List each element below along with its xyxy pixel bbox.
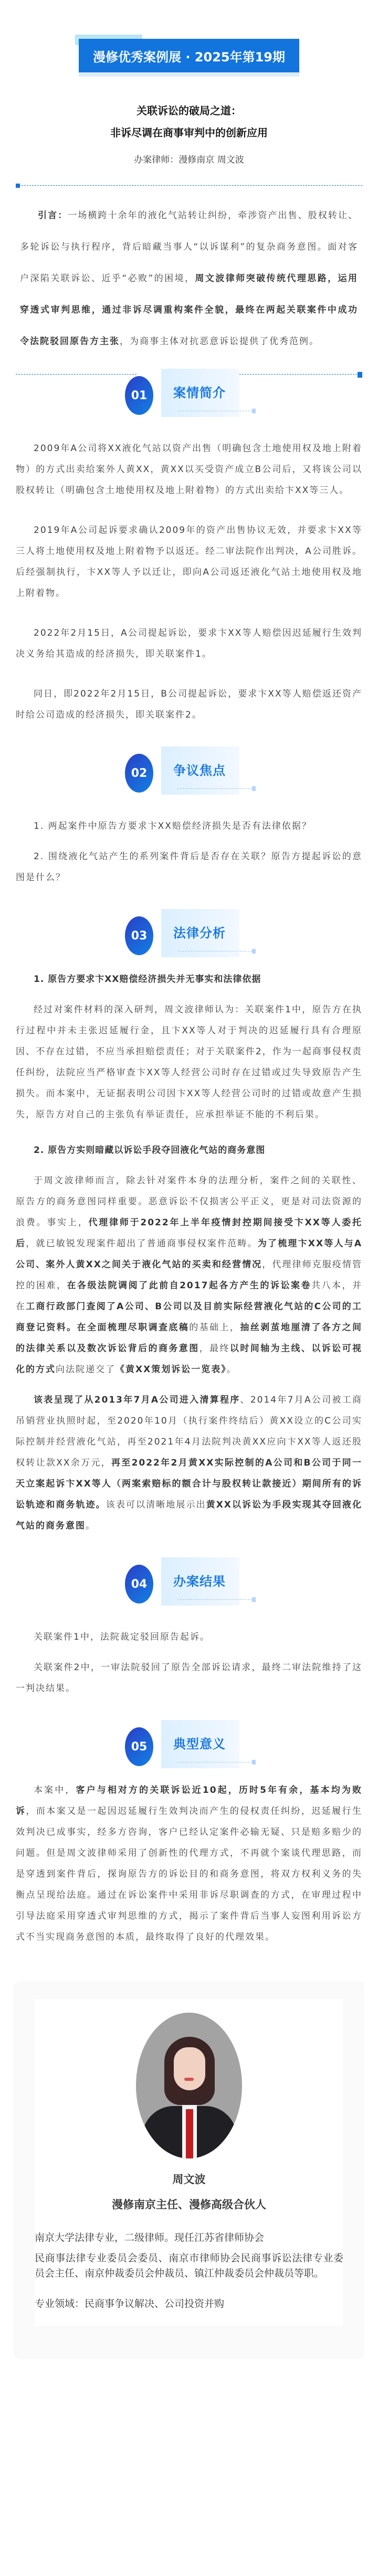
paragraph: 关联案件1中，法院裁定驳回原告起诉。: [16, 1627, 362, 1648]
section-underline-square: [252, 1597, 256, 1602]
section-title: 争议焦点: [173, 760, 226, 778]
emphasis-text: 在各级法院调阅了此前自2017起各方产生的诉讼案卷: [67, 1280, 311, 1291]
paragraph-rich: 本案中，客户与相对方的关联诉讼近10起，历时5年有余，基本均为败诉，而本案又是一…: [16, 1780, 362, 1948]
intro-text-end: ，为商事主体对抗恶意诉讼提供了优秀范例。: [120, 336, 319, 347]
paragraph: 2022年2月15日，A公司提起诉讼，要求卞XX等人赔偿因迟延履行生效判决义务给…: [16, 623, 362, 665]
paragraph: 1. 两起案件中原告方要求卞XX赔偿经济损失是否有法律依据？: [16, 816, 362, 837]
emphasis-text: 《黄XX策划诉讼一览表》: [115, 1364, 227, 1375]
section-underline-square: [252, 1760, 256, 1765]
avatar-face: [174, 2047, 205, 2090]
section-header-legal-analysis: 03 法律分析: [0, 909, 378, 959]
header-banner: 漫修优秀案例展 · 2025年第19期: [79, 35, 299, 82]
section-underline: [177, 788, 252, 789]
section-dash-square: [358, 372, 362, 378]
section-dash-right: [239, 374, 362, 375]
article-title-line2: 非诉尽调在商事审判中的创新应用: [0, 125, 378, 141]
profile-bio-line1: 南京大学法律专业，二级律师。现任江苏省律师协会: [35, 2228, 343, 2248]
body-text: 向法院递交了: [56, 1364, 115, 1375]
divider-square: [16, 184, 20, 188]
body-text: ，最终: [199, 1343, 230, 1354]
intro-paragraph: 引言：一场横跨十余年的液化气站转让纠纷，牵涉资产出售、股权转让、多轮诉讼与执行程…: [20, 200, 358, 357]
section-number-badge: 01: [125, 376, 153, 415]
section-dash-left: [16, 374, 136, 375]
section-underline: [177, 1762, 252, 1762]
body-text: 、2014年7月A公司被工商吊销营业执照时起，至2020年10月（执行案件终结后…: [16, 1395, 362, 1468]
article: 漫修优秀案例展 · 2025年第19期 关联诉讼的破局之道： 非诉尽调在商事审判…: [0, 35, 378, 2378]
subheading: 1. 原告方要求卞XX赔偿经济损失并无事实和法律依据: [16, 969, 362, 990]
body-text: ，就已敏锐发现案件超出了普通商事侵权案件范畴。: [26, 1238, 258, 1249]
paragraph: 2019年A公司起诉要求确认2009年的资产出售协议无效，并要求卞XX等三人将土…: [16, 520, 362, 604]
profile-name: 周文波: [35, 2171, 343, 2187]
banner-shadow: [79, 72, 299, 77]
section-title: 案情简介: [173, 382, 226, 401]
profile-card-inner: 周文波 漫修南京主任、漫修高级合伙人 南京大学法律专业，二级律师。现任江苏省律师…: [35, 1999, 343, 2326]
section-title: 办案结果: [173, 1571, 226, 1589]
section-header-case-summary: 01 案情简介: [0, 369, 378, 419]
section-underline-square: [252, 409, 256, 413]
section-underline: [177, 1599, 252, 1600]
series-banner: 漫修优秀案例展 · 2025年第19期: [79, 39, 299, 72]
profile-role: 漫修南京主任、漫修高级合伙人: [35, 2196, 343, 2212]
paragraph-rich: 于周文波律师而言，除去针对案件本身的法理分析，案件之间的关联性、原告方的商务意图…: [16, 1170, 362, 1380]
section-title: 典型意义: [173, 1734, 226, 1752]
body-text: ，而本案又是一起因迟延履行生效判决而产生的侵权责任纠纷，迟延履行生效判决已成事实…: [16, 1806, 362, 1942]
paragraph: 2009年A公司将XX液化气站以资产出售（明确包含土地使用权及地上附着物）的方式…: [16, 438, 362, 501]
avatar-lips: [184, 2078, 194, 2081]
avatar-tie: [186, 2109, 193, 2158]
intro-highlight: 周文波律师突破传统代理思路，运用穿透式审判思维，通过非诉尽调重构案件全貌，最终在…: [20, 273, 358, 347]
paragraph-rich: 该表呈现了从2013年7月A公司进入清算程序、2014年7月A公司被工商吊销营业…: [16, 1389, 362, 1536]
section-header-dispute-focus: 02 争议焦点: [0, 746, 378, 797]
subheading: 2. 原告方实则暗藏以诉讼手段夺回液化气站的商务意图: [16, 1140, 362, 1161]
paragraph: 同日，即2022年2月15日，B公司提起诉讼，要求卞XX等人赔偿返还资产时给公司…: [16, 683, 362, 725]
intro-divider: [16, 184, 362, 187]
emphasis-text: 该表呈现了从2013年7月A公司进入清算程序: [34, 1395, 240, 1405]
section-underline-square: [252, 786, 256, 791]
section-title: 法律分析: [173, 923, 226, 941]
section-header-significance: 05 典型意义: [0, 1720, 378, 1770]
section-underline-square: [252, 949, 256, 954]
body-text: 本案中，: [34, 1785, 76, 1795]
paragraph: 关联案件2中，一审法院驳回了原告全部诉讼请求，最终二审法院维持了这一判决结果。: [16, 1657, 362, 1699]
divider-line: [19, 185, 362, 186]
case-lawyer: 办案律师：漫修南京 周文波: [0, 152, 378, 165]
article-title-line1: 关联诉讼的破局之道：: [0, 103, 378, 119]
section-underline: [177, 411, 252, 411]
body-text: 该表可以清晰地展示出: [106, 1500, 206, 1510]
profile-bio: 民商事法律专业委员会委员、南京市律师协会民商事诉讼法律专业委员会主任、南京仲裁委…: [35, 2251, 343, 2281]
body-text: 。: [86, 1521, 96, 1531]
section-header-case-result: 04 办案结果: [0, 1557, 378, 1608]
paragraph: 经过对案件材料的深入研判，周文波律师认为：关联案件1中，原告方在执行过程中并未主…: [16, 999, 362, 1125]
section-number-badge: 02: [125, 754, 153, 793]
paragraph: 2. 围绕液化气站产生的系列案件背后是否存在关联？原告方提起诉讼的意图是什么？: [16, 846, 362, 888]
intro-text: 一场横跨十余年的液化气站转让纠纷，牵涉资产出售、股权转让、多轮诉讼与执行程序，背…: [20, 210, 358, 284]
section-number-badge: 05: [125, 1727, 153, 1766]
body-text: 的基础上，: [189, 1322, 240, 1333]
body-text: 。: [227, 1364, 237, 1375]
avatar: [136, 2013, 242, 2158]
section-number-badge: 03: [125, 916, 153, 955]
intro-label: 引言：: [38, 210, 68, 221]
lawyer-profile-card: 周文波 漫修南京主任、漫修高级合伙人 南京大学法律专业，二级律师。现任江苏省律师…: [16, 1983, 362, 2357]
section-underline: [177, 951, 252, 952]
profile-expertise: 专业领域：民商事争议解决、公司投资并购: [35, 2296, 343, 2310]
section-number-badge: 04: [125, 1565, 153, 1604]
